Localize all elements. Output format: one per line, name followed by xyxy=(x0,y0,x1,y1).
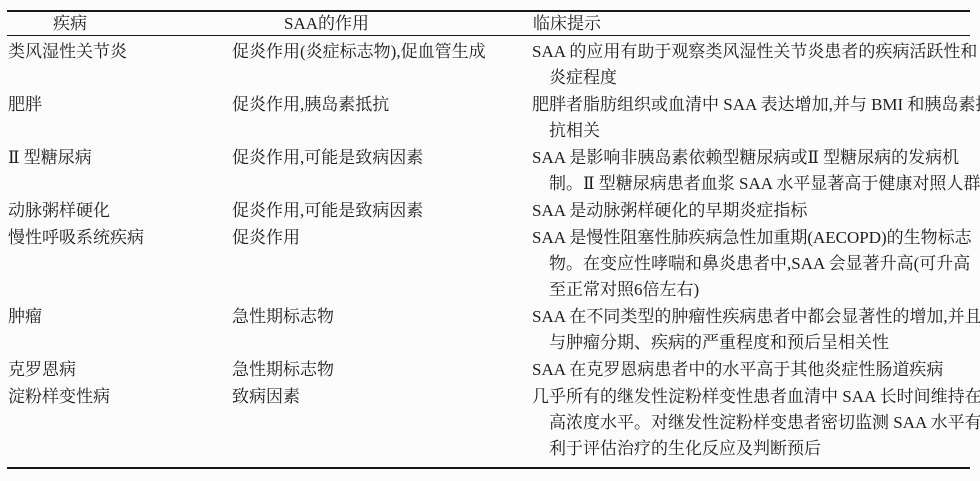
column-header-clinical: 临床提示 xyxy=(532,11,970,37)
clinical-line: 高浓度水平。对继发性淀粉样变患者密切监测 SAA 水平有 xyxy=(532,410,970,436)
clinical-cell: SAA 是动脉粥样硬化的早期炎症指标 xyxy=(532,198,970,224)
disease-cell: 肥胖 xyxy=(7,92,232,144)
table-row: 类风湿性关节炎 促炎作用(炎症标志物),促血管生成 SAA 的应用有助于观察类风… xyxy=(7,39,970,91)
clinical-cell: SAA 的应用有助于观察类风湿性关节炎患者的疾病活跃性和 炎症程度 xyxy=(532,39,970,91)
table-row: 动脉粥样硬化 促炎作用,可能是致病因素 SAA 是动脉粥样硬化的早期炎症指标 xyxy=(7,198,970,224)
clinical-line: 利于评估治疗的生化反应及判断预后 xyxy=(532,436,970,462)
clinical-line: 制。Ⅱ 型糖尿病患者血浆 SAA 水平显著高于健康对照人群 xyxy=(532,171,970,197)
clinical-cell: 肥胖者脂肪组织或血清中 SAA 表达增加,并与 BMI 和胰岛素抵 抗相关 xyxy=(532,92,970,144)
disease-cell: 慢性呼吸系统疾病 xyxy=(7,225,232,303)
saa-role-cell: 促炎作用(炎症标志物),促血管生成 xyxy=(232,39,532,91)
disease-cell: 淀粉样变性病 xyxy=(7,384,232,462)
clinical-line: SAA 在不同类型的肿瘤性疾病患者中都会显著性的增加,并且 xyxy=(532,304,970,330)
table-header-row: 疾病 SAA的作用 临床提示 xyxy=(7,12,970,36)
disease-cell: 动脉粥样硬化 xyxy=(7,198,232,224)
saa-role-cell: 致病因素 xyxy=(232,384,532,462)
clinical-line: 几乎所有的继发性淀粉样变性患者血清中 SAA 长时间维持在 xyxy=(532,384,970,410)
clinical-line: 抗相关 xyxy=(532,118,970,144)
saa-role-cell: 促炎作用,可能是致病因素 xyxy=(232,198,532,224)
saa-role-cell: 急性期标志物 xyxy=(232,304,532,356)
clinical-line: 肥胖者脂肪组织或血清中 SAA 表达增加,并与 BMI 和胰岛素抵 xyxy=(532,92,970,118)
clinical-line: 物。在变应性哮喘和鼻炎患者中,SAA 会显著升高(可升高 xyxy=(532,251,970,277)
disease-cell: 肿瘤 xyxy=(7,304,232,356)
clinical-line: SAA 是慢性阻塞性肺疾病急性加重期(AECOPD)的生物标志 xyxy=(532,225,970,251)
clinical-line: SAA 是动脉粥样硬化的早期炎症指标 xyxy=(532,198,970,224)
clinical-cell: SAA 是慢性阻塞性肺疾病急性加重期(AECOPD)的生物标志 物。在变应性哮喘… xyxy=(532,225,970,303)
saa-role-cell: 促炎作用,可能是致病因素 xyxy=(232,145,532,197)
clinical-cell: 几乎所有的继发性淀粉样变性患者血清中 SAA 长时间维持在 高浓度水平。对继发性… xyxy=(532,384,970,462)
saa-role-cell: 促炎作用,胰岛素抵抗 xyxy=(232,92,532,144)
table-row: 慢性呼吸系统疾病 促炎作用 SAA 是慢性阻塞性肺疾病急性加重期(AECOPD)… xyxy=(7,225,970,303)
clinical-line: 与肿瘤分期、疾病的严重程度和预后呈相关性 xyxy=(532,330,970,356)
clinical-line: 至正常对照6倍左右) xyxy=(532,277,970,303)
table-row: 肿瘤 急性期标志物 SAA 在不同类型的肿瘤性疾病患者中都会显著性的增加,并且 … xyxy=(7,304,970,356)
column-header-disease: 疾病 xyxy=(7,11,232,37)
column-header-saa-role: SAA的作用 xyxy=(232,11,532,37)
table-row: Ⅱ 型糖尿病 促炎作用,可能是致病因素 SAA 是影响非胰岛素依赖型糖尿病或Ⅱ … xyxy=(7,145,970,197)
clinical-cell: SAA 是影响非胰岛素依赖型糖尿病或Ⅱ 型糖尿病的发病机 制。Ⅱ 型糖尿病患者血… xyxy=(532,145,970,197)
disease-cell: 类风湿性关节炎 xyxy=(7,39,232,91)
saa-disease-table: 疾病 SAA的作用 临床提示 类风湿性关节炎 促炎作用(炎症标志物),促血管生成… xyxy=(7,10,970,469)
table-row: 淀粉样变性病 致病因素 几乎所有的继发性淀粉样变性患者血清中 SAA 长时间维持… xyxy=(7,384,970,462)
saa-role-cell: 急性期标志物 xyxy=(232,357,532,383)
table-body: 类风湿性关节炎 促炎作用(炎症标志物),促血管生成 SAA 的应用有助于观察类风… xyxy=(7,36,970,467)
clinical-cell: SAA 在克罗恩病患者中的水平高于其他炎症性肠道疾病 xyxy=(532,357,970,383)
clinical-line: SAA 是影响非胰岛素依赖型糖尿病或Ⅱ 型糖尿病的发病机 xyxy=(532,145,970,171)
clinical-line: SAA 在克罗恩病患者中的水平高于其他炎症性肠道疾病 xyxy=(532,357,970,383)
table-row: 肥胖 促炎作用,胰岛素抵抗 肥胖者脂肪组织或血清中 SAA 表达增加,并与 BM… xyxy=(7,92,970,144)
clinical-line: SAA 的应用有助于观察类风湿性关节炎患者的疾病活跃性和 xyxy=(532,39,970,65)
disease-cell: 克罗恩病 xyxy=(7,357,232,383)
saa-role-cell: 促炎作用 xyxy=(232,225,532,303)
disease-cell: Ⅱ 型糖尿病 xyxy=(7,145,232,197)
clinical-cell: SAA 在不同类型的肿瘤性疾病患者中都会显著性的增加,并且 与肿瘤分期、疾病的严… xyxy=(532,304,970,356)
clinical-line: 炎症程度 xyxy=(532,65,970,91)
table-row: 克罗恩病 急性期标志物 SAA 在克罗恩病患者中的水平高于其他炎症性肠道疾病 xyxy=(7,357,970,383)
